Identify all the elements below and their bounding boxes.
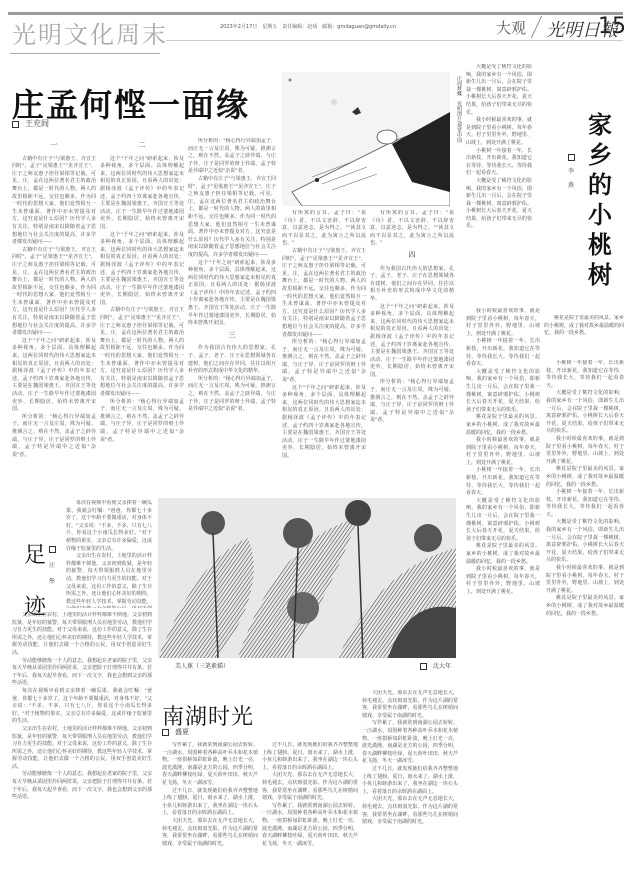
paragraph: 大团天光，那东去在无声无息地长大，荷毛褪去，点状斑驳光影。作为这片湖的常客，我常…	[362, 796, 458, 826]
paragraph: 作为我国古代伟大的思想家，孔子、孟子，老子、庄子在思想领域各有建树，他们之间存在…	[370, 266, 454, 304]
author-char: 燕	[567, 179, 575, 193]
paragraph: 这个"千年之问"研索起来，涉及多种视角，多个层面。具体理解起来，这两位同时代的伟…	[12, 338, 96, 414]
author-name: 盛夏	[175, 728, 189, 736]
illustration-caption: 庄周梦蝶 光明图片/视觉中国	[452, 76, 462, 143]
paragraph: 古籍中有庄子"与梁惠王、齐宣王同时"，孟子"见梁惠王""见齐宣王"，庄子之师友惠…	[12, 156, 96, 247]
illustration-caption: 美人蕉（三笔素描）	[175, 661, 229, 670]
paragraph: 有所寓的言耳。孟子曰："说《诗》者，不以文害辞，不以辞害意，以意逆志，是为得之。…	[370, 210, 454, 248]
article1-column-4: 有所寓的言耳。孟子曰："说《诗》者，不以文害辞，不以辞害意，以意逆志，是为得之。…	[282, 210, 366, 480]
byline-box-icon	[12, 121, 19, 128]
headline-char: 桃	[585, 230, 615, 260]
article4-column-1: 写作累了，我就常到南湖公园去转转。一汪湖水，周围种着各种高叶乔木和花木植物。一座…	[162, 742, 258, 892]
section-number: 一	[12, 142, 96, 150]
paragraph: 过不几日，就发现她们给我齐齐整整地上练了翅膀。夏日，雨水来了，湖水上涨，小鱼儿和…	[362, 766, 458, 796]
article3-column-main: 父亲出生在农村，土地里的活计样样都难不倒他。父亲初到监狱，是年轻的狱警，每天带领…	[12, 612, 152, 892]
paragraph: 桃花是院子里最美的风景。家乡的小桃树，成了我对故乡最温暖的回忆，我的一段乡愁。	[466, 414, 540, 437]
paragraph: 大团天光，那东去在无声无息地长大，荷毛褪去，点状斑驳光影。作为这片湖的常客，我常…	[362, 690, 458, 720]
caption-title: 庄周梦蝶	[456, 76, 462, 96]
paragraph: 小桃树一年接着一年，长出新枝，开出新花。我知道它在等待，等待我长大，等待我们一起…	[546, 489, 624, 519]
headline-char: 足	[20, 530, 50, 582]
article3-column-top: 每次在视频中看到父亲捧着一碗瓜果，我就会叮嘱："爸爸，你都七十多岁了，这个年龄不…	[66, 500, 152, 608]
paragraph: 我小时候最喜欢的事，就是到院子里看小桃树。每年春天，村子里里外外，野地里、山坡上…	[466, 437, 540, 467]
paragraph: 父亲出生在农村，土地里的活计样样都难不倒他。父亲初到监狱，是年轻的狱警，每天带领…	[66, 553, 152, 608]
paragraph: 所分析的："杨心得行异端加孟子，而庄无一言及庄周，殊为可疑。推测言之，则在不然。…	[282, 339, 366, 385]
paragraph: 所分析的："杨心得行异端加孟子，而庄无一言及庄周，殊为可疑。推测言之，则在不然。…	[188, 138, 276, 176]
paragraph: 古籍中有庄子"与梁惠王、齐宣王同时"，孟子"见梁惠王""见齐宣王"，庄子之师友惠…	[12, 247, 96, 338]
paragraph: 这个"千年之问"研索起来，涉及多种视角，多个层面。具体理解起来，这两位同时代的伟…	[188, 260, 276, 328]
paragraph: 每次在视频中看到父亲捧着一碗瓜果，我就会叮嘱："爸爸，你都七十多岁了，这个年龄不…	[12, 688, 152, 726]
paragraph: 古籍中有庄子"与梁惠王、齐宣王同时"，孟子"见梁惠王""见齐宣王"，庄子之师友惠…	[282, 248, 366, 339]
paragraph: 这个"千年之问"研索起来，涉及多种视角，多个层面。具体理解起来，这两位同时代的伟…	[282, 385, 366, 461]
paragraph: 小桃树一年接着一年，长出新枝，开出新花。我知道它在等待，等待我长大，等待我们一起…	[466, 338, 540, 368]
headline-char: 乡	[585, 140, 615, 170]
paragraph: 这个"千年之问"研索起来，涉及多种视角，多个层面。具体理解起来，这两位同时代的伟…	[100, 232, 184, 308]
article4-column-3: 大团天光，那东去在无声无息地长大，荷毛褪去，点状斑驳光影。作为这片湖的常客，我常…	[362, 690, 458, 892]
section-title: 光明文化周末	[12, 15, 168, 50]
byline-box-icon	[162, 729, 169, 736]
byline-box-icon	[568, 154, 575, 161]
article1-column-3: 所分析的："杨心得行异端加孟子，而庄无一言及庄周，殊为可疑。推测言之，则在不然。…	[188, 138, 276, 478]
paragraph: 古籍中有庄子"与梁惠王、齐宣王同时"，孟子"见梁惠王""见齐宣王"，庄子之师友惠…	[188, 176, 276, 260]
illustration-credit: 沈大年	[420, 661, 451, 670]
paragraph: 大概是受了桃符文化的影响，我的家乡有一个风俗，即新生儿出一月后，会在院子里栽一棵…	[466, 369, 540, 415]
paragraph: 我小时候最喜欢的事，就是到院子里看小桃树。每年春天，村子里里外外，野地里、山坡上…	[546, 565, 624, 595]
paragraph: 父亲出生在农村，土地里的活计样样都难不倒他。父亲初到监狱，是年轻的狱警，每天带领…	[12, 726, 152, 772]
section-number: 二	[100, 142, 184, 150]
paragraph: 父亲出生在农村，土地里的活计样样都难不倒他。父亲初到监狱，是年轻的狱警，每天带领…	[12, 612, 152, 658]
paragraph: 过不几日，就发现她们给我齐齐整整地上练了翅膀。夏日，雨水来了，湖水上涨，小鱼儿和…	[262, 742, 358, 772]
issue-meta: 2023年2月17日 星期五 责任编辑：赵玚 邮箱：gmdaguan@gmdai…	[220, 23, 396, 30]
article2-column-1: 大概是受了桃符文化的影响，我的家乡有一个风俗，即新生儿出一月后，会在院子里栽一棵…	[466, 64, 532, 308]
paragraph: 有所寓的言耳。孟子曰："说《诗》者，不以文害辞，不以辞害意，以意逆志，是为得之。…	[282, 210, 366, 248]
paragraph: 所分析的："杨心得行异端加孟子，而庄无一言及庄周，殊为可疑。推测言之，则在不然。…	[12, 414, 96, 460]
artist-name: 沈大年	[433, 663, 451, 670]
paragraph: 所分析的："杨心得行异端加孟子，而庄无一言及庄周，殊为可疑。推测言之，则在不然。…	[188, 376, 276, 414]
illustration-zhuang-zhou-dream	[282, 72, 450, 206]
article1-column-1: 一 古籍中有庄子"与梁惠王、齐宣王同时"，孟子"见梁惠王""见齐宣王"，庄子之师…	[12, 138, 96, 478]
section-number: 四	[370, 252, 454, 260]
section-number: 三	[188, 332, 276, 340]
paragraph: 过不几日，就发现她们给我齐齐整整地上练了翅膀。夏日，雨水来了，湖水上涨，小鱼儿和…	[162, 788, 258, 818]
paragraph: 大团天光，那东去在无声无息地长大，荷毛褪去，点状斑驳光影。作为这片湖的常客，我常…	[162, 818, 258, 848]
article-byline: 王充闾	[12, 118, 49, 129]
author-char: 彤	[48, 574, 56, 590]
paragraph: 小桃树一年接着一年，长出新枝，开出新花。我知道它在等待，等待我长大，等待我们一起…	[466, 148, 532, 178]
paragraph: 我小时候最喜欢的事，就是到院子里看小桃树。每年春天，村子里里外外，野地里、山坡上…	[466, 566, 540, 596]
paragraph: 古籍中有庄子"与梁惠王、齐宣王同时"，孟子"见梁惠王""见齐宣王"，庄子之师友惠…	[100, 307, 184, 398]
paragraph: 大概是受了桃符文化的影响，我的家乡有一个风俗，即新生儿出一月后，会在院子里栽一棵…	[546, 390, 624, 436]
paragraph: 大团天光，那东去在无声无息地长大，荷毛褪去，点状斑驳光影。作为这片湖的常客，我常…	[262, 772, 358, 802]
byline-box-icon	[420, 663, 427, 670]
paragraph: 所分析的："杨心得行异端加孟子，而庄无一言及庄周，殊为可疑。推测言之，则在不然。…	[370, 379, 454, 425]
paragraph: 小桃树一年接着一年，长出新枝，开出新花。我知道它在等待，等待我长大，等待我们一起…	[466, 467, 540, 497]
divider-slash	[531, 16, 542, 38]
paragraph: 我小时候最喜欢的事，就是到院子里看小桃树。每年春天，村子里里外外，野地里、山坡上…	[466, 308, 540, 338]
paragraph: 大概是受了桃符文化的影响，我的家乡有一个风俗，即新生儿出一月后，会在院子里栽一棵…	[466, 498, 540, 544]
author-char: 李	[567, 165, 575, 179]
paragraph: 劳动能够磨炼一个人的意志。我想起在老家的院子里，父亲每天早晚从菜园里拎回两筐菜，…	[12, 658, 152, 688]
author-name: 王充闾	[25, 119, 49, 128]
byline-box-icon	[49, 546, 56, 553]
paragraph: 这个"千年之问"研索起来，涉及多种视角，多个层面。具体理解起来，这两位同时代的伟…	[100, 156, 184, 232]
article4-byline: 盛夏	[162, 727, 189, 737]
paragraph: 这个"千年之问"研索起来，涉及多种视角，多个层面。具体理解起来，这两位同时代的伟…	[370, 304, 454, 380]
headline-char: 小	[585, 200, 615, 230]
paragraph: 桃花是院子里最美的风景。家乡的小桃树，成了我对故乡最温暖的回忆，我的一段乡愁。	[466, 543, 540, 566]
paragraph: 桃花是院子里最美的风景。家乡的小桃树，成了我对故乡最温暖的回忆，我的一段乡愁。	[544, 315, 624, 338]
page-section-label: 大观	[496, 17, 526, 38]
paragraph: 所分析的："杨心得行异端加孟子，而庄无一言及庄周，殊为可疑。推测言之，则在不然。…	[100, 399, 184, 445]
paragraph: 作为我国古代伟大的思想家，孔子、孟子，老子、庄子在思想领域各有建树，他们之间存在…	[188, 345, 276, 375]
section-underline	[10, 53, 160, 54]
paragraph: 我小时候最喜欢的事，就是到院子里看小桃树。每年春天，村子里里外外，野地里、山坡上…	[546, 436, 624, 466]
article2-column-3: 我小时候最喜欢的事，就是到院子里看小桃树。每年春天，村子里里外外，野地里、山坡上…	[466, 308, 540, 892]
paragraph: 桃花是院子里最美的风景。家乡的小桃树，成了我对故乡最温暖的回忆，我的一段乡愁。	[546, 595, 624, 618]
paragraph: 大概是受了桃符文化的影响，我的家乡有一个风俗，即新生儿出一月后，会在院子里栽一棵…	[466, 64, 532, 117]
article4-column-2: 过不几日，就发现她们给我齐齐整整地上练了翅膀。夏日，雨水来了，湖水上涨，小鱼儿和…	[262, 742, 358, 892]
paragraph: 写作累了，我就常到南湖公园去转转。一汪湖水，周围种着各种高叶乔木和花木植物。一座…	[262, 803, 358, 849]
illustration-canna-lily	[158, 498, 456, 658]
article1-column-2: 二 这个"千年之问"研索起来，涉及多种视角，多个层面。具体理解起来，这两位同时代…	[100, 138, 184, 478]
headline-char: 树	[585, 260, 615, 290]
caption-credit: 光明图片/视觉中国	[456, 101, 462, 143]
article2-headline: 家 乡 的 小 桃 树	[585, 110, 615, 290]
paragraph: 大概是受了桃符文化的影响，我的家乡有一个风俗，即新生儿出一月后，会在院子里栽一棵…	[546, 519, 624, 565]
page-number: 15	[598, 14, 626, 39]
article2-column-2-top: 桃花是院子里最美的风景。家乡的小桃树，成了我对故乡最温暖的回忆，我的一段乡愁。	[544, 315, 624, 355]
paragraph: 大概是受了桃符文化的影响，我的家乡有一个风俗，即新生儿出一月后，会在院子里栽一棵…	[466, 178, 532, 231]
paragraph: 写作累了，我就常到南湖公园去转转。一汪湖水，周围种着各种高叶乔木和花木植物。一座…	[362, 720, 458, 766]
headline-char: 家	[585, 110, 615, 140]
headline-char: 的	[585, 170, 615, 200]
article2-byline: 李 燕	[567, 151, 575, 193]
paragraph: 桃花是院子里最美的风景。家乡的小桃树，成了我对故乡最温暖的回忆，我的一段乡愁。	[546, 466, 624, 489]
paragraph: 我小时候最喜欢的事，就是到院子里看小桃树。每年春天，村子里里外外，野地里、山坡上…	[466, 117, 532, 147]
article1-column-5: 有所寓的言耳。孟子曰："说《诗》者，不以文害辞，不以辞害意，以意逆志，是为得之。…	[370, 210, 454, 480]
article2-column-4: 小桃树一年接着一年，长出新枝，开出新花。我知道它在等待，等待我长大，等待我们一起…	[546, 360, 624, 892]
paragraph: 劳动能够磨炼一个人的意志。我想起在老家的院子里，父亲每天早晚从菜园里拎回两筐菜，…	[12, 771, 152, 801]
paragraph: 写作累了，我就常到南湖公园去转转。一汪湖水，周围种着各种高叶乔木和花木植物。一座…	[162, 742, 258, 788]
article3-byline: 汪 彤	[48, 542, 56, 590]
paragraph: 每次在视频中看到父亲捧着一碗瓜果，我就会叮嘱："爸爸，你都七十多岁了，这个年龄不…	[66, 500, 152, 553]
author-char: 汪	[48, 558, 56, 574]
paragraph: 小桃树一年接着一年，长出新枝，开出新花。我知道它在等待，等待我长大，等待我们一起…	[546, 360, 624, 390]
